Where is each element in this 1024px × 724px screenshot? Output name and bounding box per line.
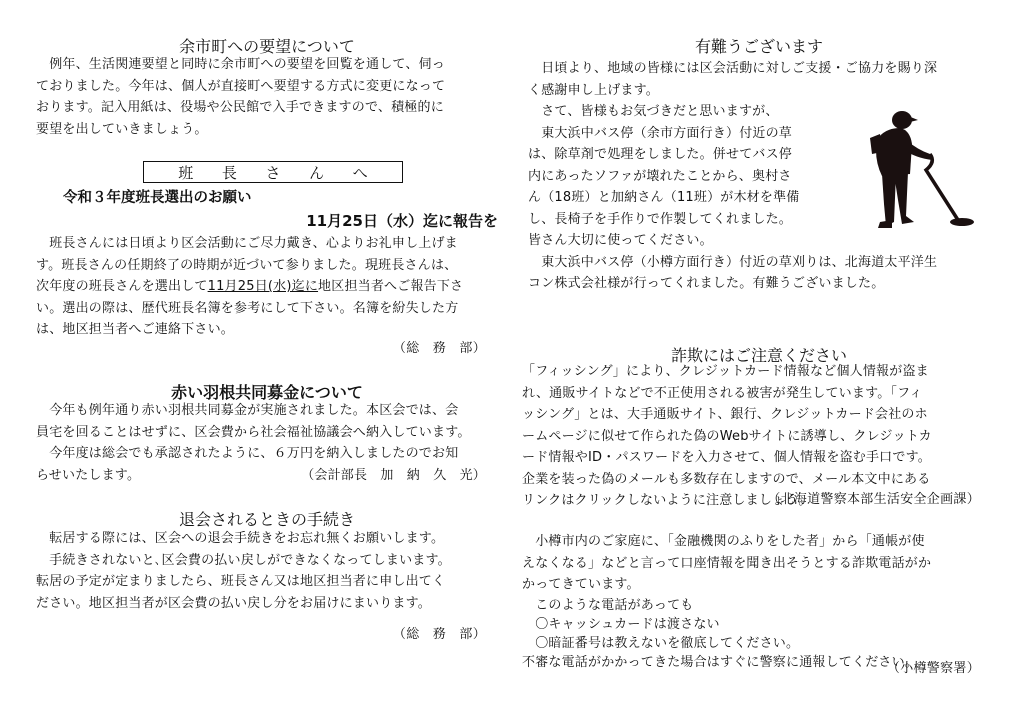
red-feather-body: 今年も例年通り赤い羽根共同募金が実施されました。本区会では、会 員宅を回ることは… <box>36 400 498 486</box>
text-line: 転居する際には、区会への退会手続きをお忘れ無くお願いします。 <box>36 528 498 550</box>
text-line: ておりました。今年は、個人が直接町へ要望する方式に変更になって <box>36 76 498 98</box>
text-line: ッシング」とは、大手通販サイト、銀行、クレジットカード会社のホ <box>522 404 994 426</box>
text-line: えなくなる」などと言って口座情報を聞き出そうとする詐欺電話がか <box>522 553 994 575</box>
text-line: このような電話があっても <box>522 596 994 615</box>
signature-otaru-police: （小樽警察署） <box>887 658 980 680</box>
text-line: ームページに似せて作られた偽のWebサイトに誘導し、クレジットカ <box>522 426 994 448</box>
box-char: さ <box>265 162 280 183</box>
text-line: 今年度は総会でも承認されたように、６万円を納入しましたのでお知 <box>36 443 498 465</box>
text-line: 班長さんには日頃より区会活動にご尽力戴き、心よりお礼申し上げま <box>36 233 498 255</box>
box-char: 班 <box>178 162 193 183</box>
text-line: 例年、生活関連要望と同時に余市町への要望を回覧を通して、伺っ <box>36 54 498 76</box>
report-deadline: 11月25日（水）迄に報告を <box>306 210 498 231</box>
grass-trimmer-silhouette-icon <box>850 104 985 234</box>
text-line: 次年度の班長さんを選出して11月25日(水)迄に地区担当者へご報告下さ <box>36 276 498 298</box>
text-line: コン株式会社様が行ってくれました。有難うございました。 <box>528 273 990 295</box>
text-line: 「フィッシング」により、クレジットカード情報など個人情報が盗ま <box>522 361 994 383</box>
underlined-deadline: 11月25日(水)迄に <box>208 279 318 294</box>
text-line: ださい。地区担当者が区会費の払い戻し分をお届けにまいります。 <box>36 593 498 615</box>
section-title-thank-you: 有難うございます <box>528 34 990 57</box>
list-item: 〇暗証番号は教えないを徹底してください。 <box>522 634 994 653</box>
text-line: 転居の予定が定まりましたら、班長さん又は地区担当者に申し出てく <box>36 571 498 593</box>
signature-treasurer: （会計部長 加 納 久 光） <box>301 465 486 487</box>
text-line: 企業を装った偽のメールも多数存在しますので、メール本文中にある <box>522 469 994 491</box>
text-line: らせいたします。 （会計部長 加 納 久 光） <box>36 465 498 487</box>
text-line: れ、通販サイトなどで不正使用される被害が発生しています。「フィ <box>522 383 994 405</box>
leader-selection-body: 班長さんには日頃より区会活動にご尽力戴き、心よりお礼申し上げま す。班長さんの任… <box>36 233 498 341</box>
box-char: 長 <box>222 162 237 183</box>
text-line: 要望を出していきましょう。 <box>36 119 498 141</box>
text-line: 東大浜中バス停（小樽方面行き）付近の草刈りは、北海道太平洋生 <box>528 252 990 274</box>
box-char: ん <box>309 162 324 183</box>
text-line: す。班長さんの任期終了の時期が近づいて参りました。現班長さんは、 <box>36 255 498 277</box>
list-item: 〇キャッシュカードは渡さない <box>522 615 994 634</box>
text-line: 小樽市内のご家庭に、「金融機関のふりをした者」から「通帳が使 <box>522 531 994 553</box>
box-char: へ <box>353 162 368 183</box>
signature-general-affairs: （総 務 部） <box>393 624 486 646</box>
text-line: く感謝申し上げます。 <box>528 80 990 102</box>
text-line: 今年も例年通り赤い羽根共同募金が実施されました。本区会では、会 <box>36 400 498 422</box>
text-line: い。選出の際は、歴代班長名簿を参考にして下さい。名簿を紛失した方 <box>36 298 498 320</box>
text-line: ード情報やID・パスワードを入力させて、個人情報を盗む手口です。 <box>522 447 994 469</box>
text-line: かってきています。 <box>522 574 994 596</box>
text-line: 手続きされないと､区会費の払い戻しができなくなってしまいます。 <box>36 550 498 572</box>
boxed-heading-group-leaders: 班 長 さ ん へ <box>143 161 403 183</box>
signature-hokkaido-police: （北海道警察本部生活安全企画課） <box>767 489 980 511</box>
otaru-fraud-call-body: 小樽市内のご家庭に、「金融機関のふりをした者」から「通帳が使 えなくなる」などと… <box>522 531 994 672</box>
withdrawal-body: 転居する際には、区会への退会手続きをお忘れ無くお願いします。 手続きされないと､… <box>36 528 498 614</box>
text-line: 員宅を回ることはせずに、区会費から社会福祉協議会へ納入しています。 <box>36 422 498 444</box>
signature-general-affairs: （総 務 部） <box>393 338 486 360</box>
text-line: 日頃より、地域の皆様には区会活動に対しご支援・ご協力を賜り深 <box>528 58 990 80</box>
leader-selection-subtitle: 令和３年度班長選出のお願い <box>63 186 252 207</box>
yoichi-requests-body: 例年、生活関連要望と同時に余市町への要望を回覧を通して、伺っ ておりました。今年… <box>36 54 498 140</box>
text-line: おります。記入用紙は、役場や公民館で入手できますので、積極的に <box>36 97 498 119</box>
section-title-withdrawal: 退会されるときの手続き <box>36 507 498 530</box>
